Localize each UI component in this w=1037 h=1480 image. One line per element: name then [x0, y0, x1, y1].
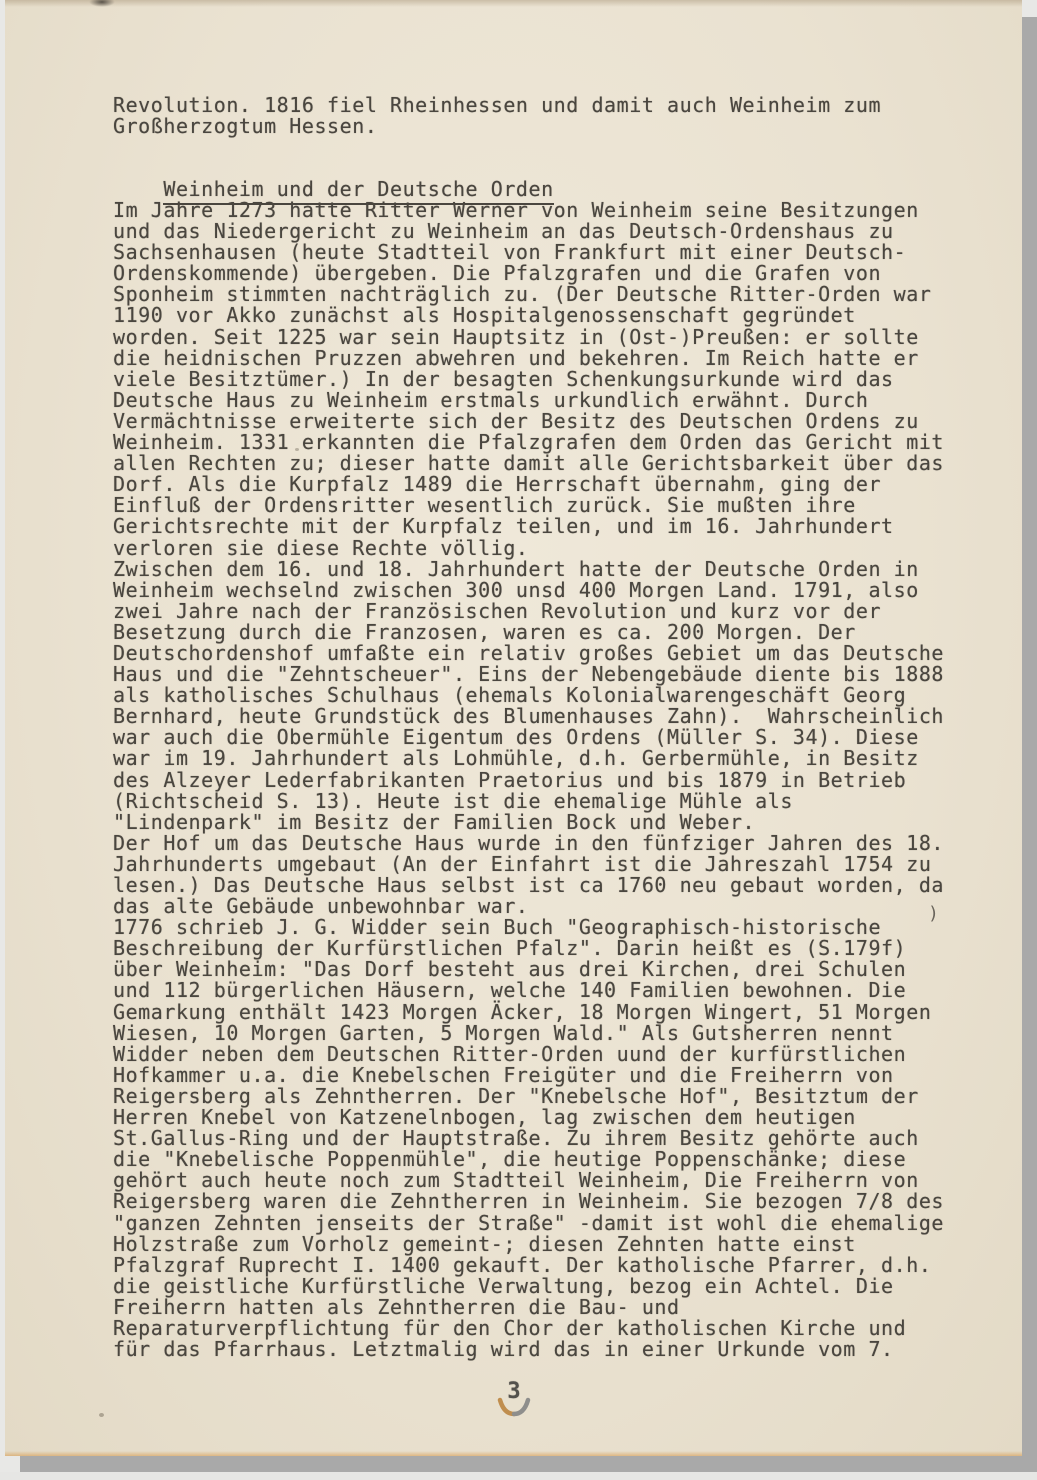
text-line: Deutschordenshof umfaßte ein relativ gro… — [113, 643, 983, 664]
text-line: und 112 bürgerlichen Häusern, welche 140… — [113, 980, 983, 1001]
text-line: Deutsche Haus zu Weinheim erstmals urkun… — [113, 390, 983, 411]
text-line: Zwischen dem 16. und 18. Jahrhundert hat… — [113, 559, 983, 580]
text-line: für das Pfarrhaus. Letztmalig wird das i… — [113, 1339, 983, 1360]
text-line: "ganzen Zehnten jenseits der Straße" -da… — [113, 1213, 983, 1234]
text-line: Gerichtsrechte mit der Kurpfalz teilen, … — [113, 516, 983, 537]
stray-mark: ) — [928, 903, 939, 924]
intro-paragraph: Revolution. 1816 fiel Rheinhessen und da… — [113, 95, 881, 137]
text-line: (Richtscheid S. 13). Heute ist die ehema… — [113, 791, 983, 812]
page-number-block: 3 — [493, 1382, 535, 1418]
text-line: Widder neben dem Deutschen Ritter-Orden … — [113, 1044, 983, 1065]
scan-background-strip — [0, 1472, 1037, 1480]
text-line: verloren sie diese Rechte völlig. — [113, 538, 983, 559]
text-line: Pfalzgraf Ruprecht I. 1400 gekauft. Der … — [113, 1255, 983, 1276]
text-line: Haus und die "Zehntscheuer". Eins der Ne… — [113, 664, 983, 685]
text-line: Einfluß der Ordensritter wesentlich zurü… — [113, 495, 983, 516]
text-line: Freiherrn hatten als Zehntherren die Bau… — [113, 1297, 983, 1318]
text-line: gehört auch heute noch zum Stadtteil Wei… — [113, 1170, 983, 1191]
text-line: Wiesen, 10 Morgen Garten, 5 Morgen Wald.… — [113, 1023, 983, 1044]
text-line: als katholisches Schulhaus (ehemals Kolo… — [113, 685, 983, 706]
body-paragraph: Im Jahre 1273 hatte Ritter Werner von We… — [113, 200, 983, 1360]
text-line: Sponheim stimmten nachträglich zu. (Der … — [113, 284, 983, 305]
text-line: Dorf. Als die Kurpfalz 1489 die Herrscha… — [113, 474, 983, 495]
text-line: St.Gallus-Ring und der Hauptstraße. Zu i… — [113, 1128, 983, 1149]
text-line: über Weinheim: "Das Dorf besteht aus dre… — [113, 959, 983, 980]
text-line: Herren Knebel von Katzenelnbogen, lag zw… — [113, 1107, 983, 1128]
text-line: Bernhard, heute Grundstück des Blumenhau… — [113, 706, 983, 727]
text-line: des Alzeyer Lederfabrikanten Praetorius … — [113, 770, 983, 791]
text-line: Holzstraße zum Vorholz gemeint-; diesen … — [113, 1234, 983, 1255]
text-line: 1776 schrieb J. G. Widder sein Buch "Geo… — [113, 917, 983, 938]
text-line: Besetzung durch die Franzosen, waren es … — [113, 622, 983, 643]
text-line: 1190 vor Akko zunächst als Hospitalgenos… — [113, 305, 983, 326]
text-line: Sachsenhausen (heute Stadtteil von Frank… — [113, 242, 983, 263]
text-line: zwei Jahre nach der Französischen Revolu… — [113, 601, 983, 622]
text-line: Reparaturverpflichtung für den Chor der … — [113, 1318, 983, 1339]
page-number: 3 — [493, 1382, 535, 1402]
text-line: die geistliche Kurfürstliche Verwaltung,… — [113, 1276, 983, 1297]
text-line: lesen.) Das Deutsche Haus selbst ist ca … — [113, 875, 983, 896]
text-line: allen Rechten zu; dieser hatte damit all… — [113, 453, 983, 474]
text-line: Vermächtnisse erweiterte sich der Besitz… — [113, 411, 983, 432]
text-line: Der Hof um das Deutsche Haus wurde in de… — [113, 833, 983, 854]
text-line: die "Knebelische Poppenmühle", die heuti… — [113, 1149, 983, 1170]
text-line: viele Besitztümer.) In der besagten Sche… — [113, 369, 983, 390]
text-line: worden. Seit 1225 war sein Hauptsitz in … — [113, 327, 983, 348]
text-line: die heidnischen Pruzzen abwehren und bek… — [113, 348, 983, 369]
text-line: Reigersberg als Zehntherren. Der "Knebel… — [113, 1086, 983, 1107]
text-line: Beschreibung der Kurfürstlichen Pfalz". … — [113, 938, 983, 959]
text-line: Im Jahre 1273 hatte Ritter Werner von We… — [113, 200, 983, 221]
paper-sheet: Revolution. 1816 fiel Rheinhessen und da… — [5, 0, 1022, 1456]
text-line: war im 19. Jahrhundert als Lohmühle, d.h… — [113, 748, 983, 769]
text-line: Hofkammer u.a. die Knebelschen Freigüter… — [113, 1065, 983, 1086]
text-line: war auch die Obermühle Eigentum des Orde… — [113, 727, 983, 748]
text-line: Weinheim. 1331 erkannten die Pfalzgrafen… — [113, 432, 983, 453]
text-line: "Lindenpark" im Besitz der Familien Bock… — [113, 812, 983, 833]
text-line: das alte Gebäude unbewohnbar war. — [113, 896, 983, 917]
paper-smudge — [89, 0, 115, 7]
text-line: Weinheim wechselnd zwischen 300 unsd 400… — [113, 580, 983, 601]
text-line: Großherzogtum Hessen. — [113, 116, 881, 137]
text-line: und das Niedergericht zu Weinheim an das… — [113, 221, 983, 242]
paper-speck — [99, 1413, 104, 1417]
text-line: Reigersberg waren die Zehntherren in Wei… — [113, 1191, 983, 1212]
text-line: Ordenskommende) übergeben. Die Pfalzgraf… — [113, 263, 983, 284]
text-line: Gemarkung enthält 1423 Morgen Äcker, 18 … — [113, 1002, 983, 1023]
text-line: Revolution. 1816 fiel Rheinhessen und da… — [113, 95, 881, 116]
scanned-document-page: { "document": { "intro_lines": [ "Revolu… — [0, 0, 1037, 1480]
text-line: Jahrhunderts umgebaut (An der Einfahrt i… — [113, 854, 983, 875]
